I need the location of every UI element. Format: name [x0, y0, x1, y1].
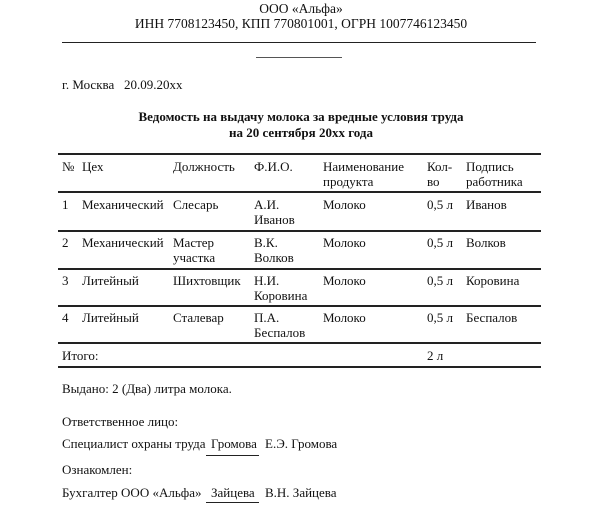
- cell-fio: Н.И.Коровина: [254, 273, 307, 303]
- cell-signature: Беспалов: [466, 310, 517, 325]
- city: г. Москва: [62, 77, 114, 92]
- cell-qty: 0,5 л: [427, 273, 453, 288]
- cell-position: Сталевар: [173, 310, 224, 325]
- cell-shop: Механический: [82, 235, 164, 250]
- date: 20.09.20xx: [124, 77, 183, 92]
- issued-summary: Выдано: 2 (Два) литра молока.: [62, 381, 232, 397]
- total-label: Итого:: [62, 348, 99, 363]
- table-row-rule: [58, 268, 541, 270]
- cell-shop: Литейный: [82, 310, 139, 325]
- total-qty: 2 л: [427, 348, 443, 363]
- cell-fio: П.А.Беспалов: [254, 310, 305, 340]
- header-divider: [62, 42, 536, 43]
- table-bottom-rule: [58, 366, 541, 368]
- responsible-role: Специалист охраны труда: [62, 436, 205, 452]
- document-subtitle: на 20 сентября 20xx года: [0, 125, 602, 141]
- col-header-shop: Цех: [82, 159, 104, 174]
- org-name: ООО «Альфа»: [0, 1, 602, 17]
- table-top-rule: [58, 153, 541, 155]
- table-row-rule: [58, 230, 541, 232]
- acknowledged-name: В.Н. Зайцева: [265, 485, 337, 501]
- col-header-product: Наименование продукта: [323, 159, 404, 189]
- cell-fio: А.И.Иванов: [254, 197, 295, 227]
- acknowledged-role: Бухгалтер ООО «Альфа»: [62, 485, 201, 501]
- acknowledged-signature-line: [206, 502, 259, 503]
- cell-num: 3: [62, 273, 69, 288]
- acknowledged-signature: Зайцева: [211, 485, 255, 501]
- cell-product: Молоко: [323, 273, 366, 288]
- cell-shop: Литейный: [82, 273, 139, 288]
- document-title: Ведомость на выдачу молока за вредные ус…: [0, 109, 602, 125]
- cell-fio: В.К.Волков: [254, 235, 294, 265]
- cell-signature: Волков: [466, 235, 506, 250]
- place-date: г. Москва 20.09.20xx: [62, 77, 183, 93]
- cell-position: Слесарь: [173, 197, 218, 212]
- cell-num: 4: [62, 310, 69, 325]
- cell-product: Молоко: [323, 197, 366, 212]
- cell-num: 2: [62, 235, 69, 250]
- responsible-signature: Громова: [211, 436, 257, 452]
- responsible-name: Е.Э. Громова: [265, 436, 337, 452]
- cell-position: Мастеручастка: [173, 235, 215, 265]
- cell-signature: Коровина: [466, 273, 519, 288]
- org-identifiers: ИНН 7708123450, КПП 770801001, ОГРН 1007…: [0, 16, 602, 32]
- responsible-label: Ответственное лицо:: [62, 414, 178, 430]
- responsible-signature-line: [206, 455, 259, 456]
- cell-num: 1: [62, 197, 69, 212]
- col-header-position: Должность: [173, 159, 235, 174]
- cell-qty: 0,5 л: [427, 310, 453, 325]
- col-header-qty: Кол- во: [427, 159, 452, 189]
- col-header-num: №: [62, 159, 74, 174]
- col-header-signature: Подпись работника: [466, 159, 523, 189]
- table-row-rule: [58, 305, 541, 307]
- header-short-line: [256, 57, 342, 58]
- cell-qty: 0,5 л: [427, 197, 453, 212]
- cell-signature: Иванов: [466, 197, 507, 212]
- cell-position: Шихтовщик: [173, 273, 241, 288]
- acknowledged-label: Ознакомлен:: [62, 462, 132, 478]
- col-header-fio: Ф.И.О.: [254, 159, 293, 174]
- cell-product: Молоко: [323, 235, 366, 250]
- table-header-rule: [58, 191, 541, 193]
- table-row-rule: [58, 342, 541, 344]
- cell-product: Молоко: [323, 310, 366, 325]
- cell-qty: 0,5 л: [427, 235, 453, 250]
- cell-shop: Механический: [82, 197, 164, 212]
